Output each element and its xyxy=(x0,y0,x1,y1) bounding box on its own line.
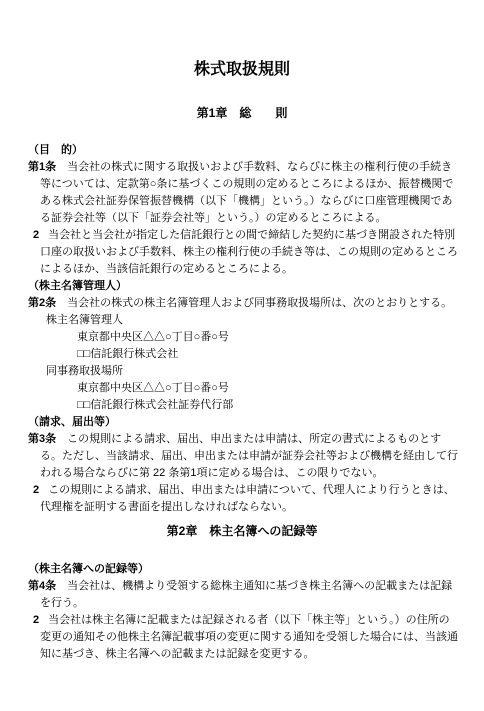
administrator-address-line: 東京都中央区△△○丁目○番○号 xyxy=(77,329,484,346)
page-title: 株式取扱規則 xyxy=(0,60,484,80)
article-4: 第4条当会社は、機構より受領する総株主通知に基づき株主名簿への記載または記録を行… xyxy=(0,578,484,612)
paragraph-text: 当会社は株主名簿に記載または記録される者（以下「株主等」という。）の住所の変更の… xyxy=(40,614,458,660)
section-heading-shareholder-registry-administrator: （株主名簿管理人） xyxy=(28,278,458,295)
administrator-label: 株主名簿管理人 xyxy=(46,312,484,329)
handling-office-address-line: 東京都中央区△△○丁目○番○号 xyxy=(77,380,484,397)
article-4-number: 第4条 xyxy=(28,580,56,592)
section-heading-registry-records: （株主名簿への記録等） xyxy=(28,561,458,578)
paragraph-text: 当会社と当会社が指定した信託銀行との間で締結した契約に基づき開設された特別口座の… xyxy=(40,229,458,275)
paragraph-text: この規則による請求、届出、申出または申請について、代理人により行うときは、代理権… xyxy=(40,484,455,513)
handling-office-label: 同事務取扱場所 xyxy=(46,363,484,380)
article-2-text: 当会社の株式の株主名簿管理人および同事務取扱場所は、次のとおりとする。 xyxy=(67,297,452,309)
paragraph-number: 2 xyxy=(33,614,39,626)
article-4-paragraph-2: 2当会社は株主名簿に記載または記録される者（以下「株主等」という。）の住所の変更… xyxy=(0,612,484,663)
paragraph-number: 2 xyxy=(33,229,39,241)
document-page: 株式取扱規則 第1章 総 則 （目 的） 第1条当会社の株式に関する取扱いおよび… xyxy=(0,0,484,711)
article-1-paragraph-2: 2当会社と当会社が指定した信託銀行との間で締結した契約に基づき開設された特別口座… xyxy=(0,227,484,278)
article-3-text: この規則による請求、届出、申出または申請は、所定の書式によるものとする。ただし、… xyxy=(40,433,458,479)
article-4-text: 当会社は、機構より受領する総株主通知に基づき株主名簿への記載または記録を行う。 xyxy=(40,580,452,609)
chapter-2-heading: 第2章 株主名簿への記録等 xyxy=(0,523,484,540)
article-1-number: 第1条 xyxy=(28,161,56,173)
paragraph-number: 2 xyxy=(33,484,39,496)
article-1-text: 当会社の株式に関する取扱いおよび手数料、ならびに株主の権利行使の手続き等について… xyxy=(40,161,453,224)
article-3-number: 第3条 xyxy=(28,433,56,445)
section-heading-requests-notifications: （請求、届出等） xyxy=(28,414,458,431)
administrator-name-line: □□信託銀行株式会社 xyxy=(77,346,484,363)
article-3-paragraph-2: 2この規則による請求、届出、申出または申請について、代理人により行うときは、代理… xyxy=(0,482,484,516)
handling-office-name-line: □□信託銀行株式会社証券代行部 xyxy=(77,397,484,414)
article-1: 第1条当会社の株式に関する取扱いおよび手数料、ならびに株主の権利行使の手続き等に… xyxy=(0,159,484,227)
section-heading-purpose: （目 的） xyxy=(28,142,458,159)
chapter-1-heading: 第1章 総 則 xyxy=(0,105,484,122)
article-2: 第2条当会社の株式の株主名簿管理人および同事務取扱場所は、次のとおりとする。 xyxy=(0,295,484,312)
article-2-number: 第2条 xyxy=(28,297,56,309)
article-3: 第3条この規則による請求、届出、申出または申請は、所定の書式によるものとする。た… xyxy=(0,431,484,482)
